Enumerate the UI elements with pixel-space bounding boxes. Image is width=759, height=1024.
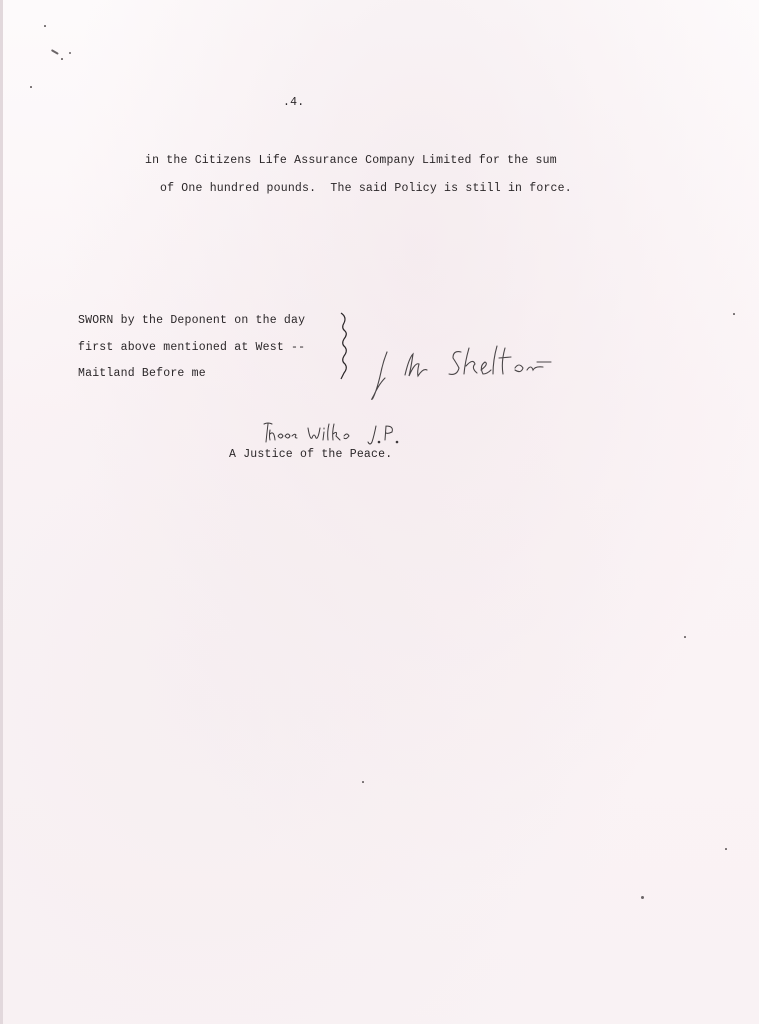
paper-speck (725, 848, 727, 850)
jp-signature: Thos Wilks J.P. (258, 418, 418, 450)
bracket-brace-icon (338, 311, 352, 381)
body-text-line: of One hundred pounds. The said Policy i… (160, 182, 572, 195)
page-edge (0, 0, 3, 1024)
paper-speck (51, 49, 59, 54)
jurat-line: Maitland Before me (78, 367, 206, 380)
body-text-line: in the Citizens Life Assurance Company L… (145, 154, 557, 167)
jurat-line: first above mentioned at West -- (78, 341, 305, 354)
jp-title: A Justice of the Peace. (229, 448, 392, 461)
paper-speck (362, 781, 364, 783)
document-page: .4. in the Citizens Life Assurance Compa… (0, 0, 759, 1024)
paper-speck (30, 86, 32, 88)
paper-speck (641, 896, 644, 899)
page-number: .4. (283, 96, 304, 109)
paper-speck (61, 58, 63, 60)
paper-speck (69, 52, 71, 54)
deponent-signature: J M Skelton (365, 340, 585, 405)
paper-speck (733, 313, 735, 315)
paper-speck (44, 25, 46, 27)
paper-speck (684, 636, 686, 638)
jurat-line: SWORN by the Deponent on the day (78, 314, 305, 327)
